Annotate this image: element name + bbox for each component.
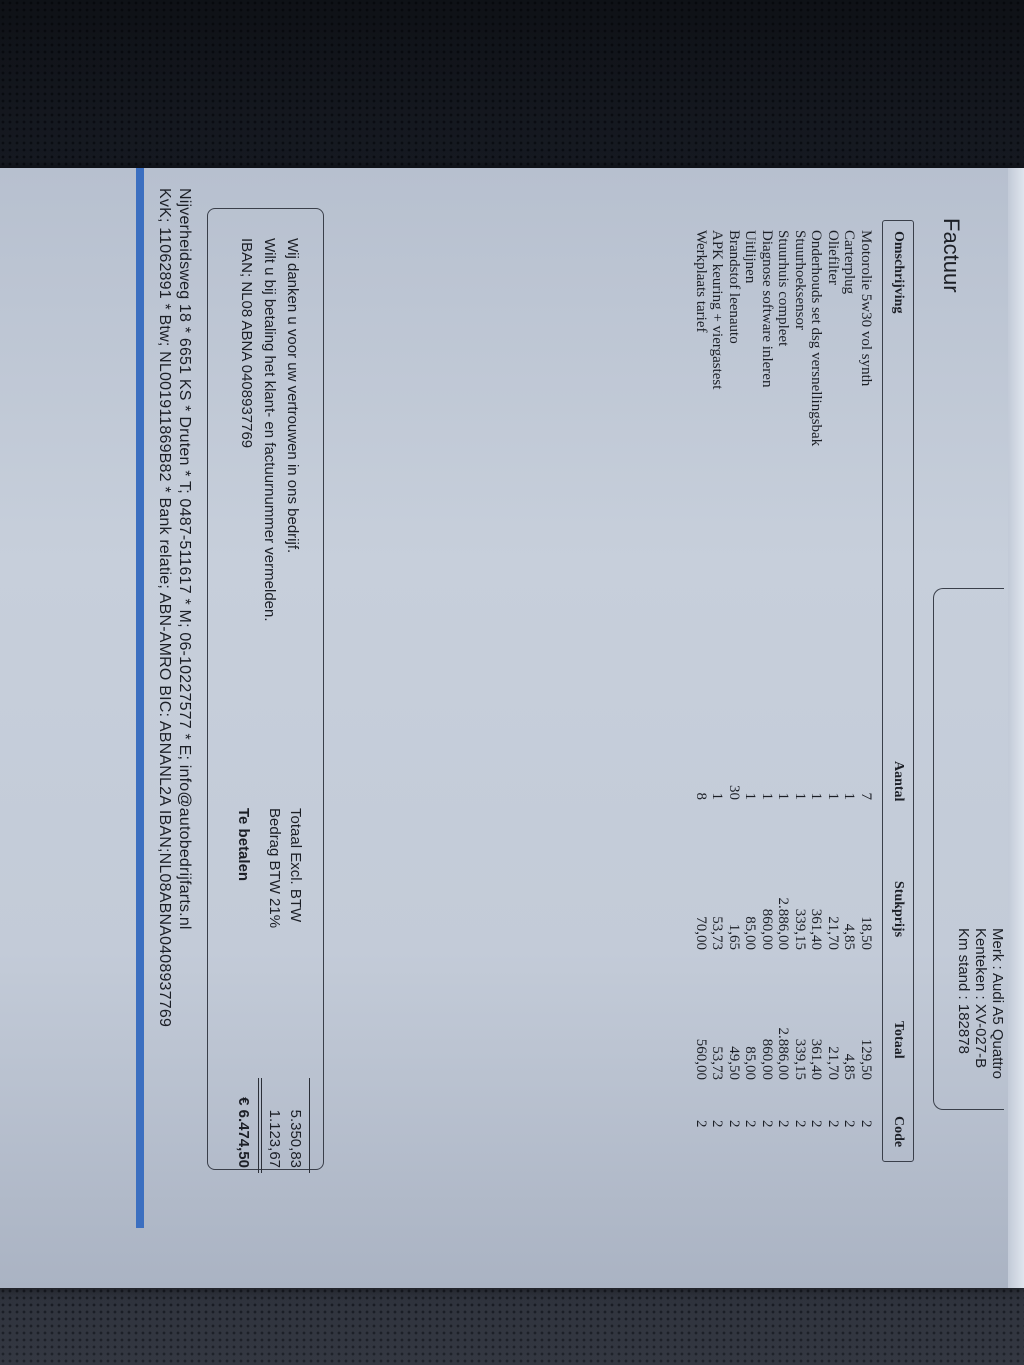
item-quantity: 1: [808, 750, 825, 800]
item-unit-price: 4,85: [841, 840, 858, 950]
header-unit-price: Stukprijs: [890, 881, 906, 937]
item-description: Motorolie 5w30 vol synth: [857, 230, 874, 386]
invoice-title: Factuur: [938, 218, 964, 293]
item-code: 2: [808, 1120, 825, 1128]
vat-label: Bedrag BTW 21%: [264, 808, 285, 928]
item-code: 2: [725, 1120, 742, 1128]
payment-note: Wilt u bij betaling het klant- en factuu…: [258, 238, 281, 622]
header-description: Omschrijving: [890, 231, 906, 313]
header-code: Code: [890, 1116, 906, 1147]
thanks-text: Wij danken u voor uw vertrouwen in ons b…: [281, 238, 304, 622]
table-header: Omschrijving Aantal Stukprijs Totaal Cod…: [882, 220, 914, 1162]
item-quantity: 1: [709, 750, 726, 800]
table-row: Onderhouds set dsg versnellingsbak1361,4…: [808, 220, 825, 1160]
item-quantity: 8: [692, 750, 709, 800]
item-quantity: 1: [841, 750, 858, 800]
item-code: 2: [775, 1120, 792, 1128]
item-total: 49,50: [725, 960, 742, 1080]
table-row: Stuurhuis compleet12.886,002.886,002: [775, 220, 792, 1160]
divider: [258, 1078, 259, 1173]
item-total: 53,73: [709, 960, 726, 1080]
item-description: Werkplaats tarief: [692, 230, 709, 333]
item-description: Stuurhoeksensor: [791, 230, 808, 330]
item-description: Oliefilter: [824, 230, 841, 285]
item-code: 2: [692, 1120, 709, 1128]
item-code: 2: [841, 1120, 858, 1128]
item-quantity: 1: [775, 750, 792, 800]
amount-due-value: € 6.474,50: [233, 1058, 254, 1168]
header-quantity: Aantal: [890, 761, 906, 801]
line-items: Motorolie 5w30 vol synth718,50129,502Car…: [693, 220, 875, 1160]
table-row: Motorolie 5w30 vol synth718,50129,502: [858, 220, 875, 1160]
header-total: Totaal: [890, 1021, 906, 1059]
table-row: Uitlijnen185,0085,002: [742, 220, 759, 1160]
accent-bar: [136, 168, 144, 1228]
table-row: Brandstof leenauto301,6549,502: [726, 220, 743, 1160]
item-total: 560,00: [692, 960, 709, 1080]
item-unit-price: 18,50: [857, 840, 874, 950]
vehicle-make: Merk : Audi A5 Quattro: [989, 928, 1006, 1079]
item-code: 2: [758, 1120, 775, 1128]
item-code: 2: [791, 1120, 808, 1128]
item-description: Onderhouds set dsg versnellingsbak: [808, 230, 825, 446]
vehicle-plate: Kenteken : XV-027-B: [972, 928, 989, 1079]
item-description: Diagnose software inleren: [758, 230, 775, 387]
item-description: Carterplug: [841, 230, 858, 294]
item-description: Brandstof leenauto: [725, 230, 742, 344]
item-unit-price: 2.886,00: [775, 840, 792, 950]
item-quantity: 1: [758, 750, 775, 800]
footer-address-line: Nijverheidsweg 18 * 6651 KS * Druten * T…: [174, 188, 194, 1027]
item-unit-price: 361,40: [808, 840, 825, 950]
item-total: 129,50: [857, 960, 874, 1080]
item-description: Stuurhuis compleet: [775, 230, 792, 346]
item-unit-price: 860,00: [758, 840, 775, 950]
invoice-paper: Merk : Audi A5 Quattro Kenteken : XV-027…: [0, 168, 1024, 1288]
table-row: Diagnose software inleren1860,00860,002: [759, 220, 776, 1160]
item-total: 361,40: [808, 960, 825, 1080]
table-row: Stuurhoeksensor1339,15339,152: [792, 220, 809, 1160]
item-code: 2: [857, 1120, 874, 1128]
amount-due-label: Te betalen: [233, 808, 254, 881]
table-row: APK keuring + viergastest153,7353,732: [709, 220, 726, 1160]
item-unit-price: 85,00: [742, 840, 759, 950]
item-unit-price: 21,70: [824, 840, 841, 950]
item-quantity: 30: [725, 750, 742, 800]
item-unit-price: 339,15: [791, 840, 808, 950]
table-row: Werkplaats tarief870,00560,002: [693, 220, 710, 1160]
vat-value: 1.123,67: [264, 1058, 285, 1168]
item-unit-price: 70,00: [692, 840, 709, 950]
divider: [309, 1078, 310, 1173]
item-quantity: 1: [824, 750, 841, 800]
table-row: Carterplug14,854,852: [841, 220, 858, 1160]
item-quantity: 7: [857, 750, 874, 800]
item-code: 2: [709, 1120, 726, 1128]
item-total: 85,00: [742, 960, 759, 1080]
thanks-block: Wij danken u voor uw vertrouwen in ons b…: [235, 238, 304, 622]
vehicle-mileage: Km stand : 182878: [955, 928, 972, 1079]
item-description: APK keuring + viergastest: [709, 230, 726, 389]
company-footer: Nijverheidsweg 18 * 6651 KS * Druten * T…: [154, 188, 194, 1027]
item-quantity: 1: [791, 750, 808, 800]
item-total: 339,15: [791, 960, 808, 1080]
subtotal-value: 5.350,83: [285, 1058, 306, 1168]
footer-registration-line: KvK; 11062891 * Btw; NL001911869B82 * Ba…: [154, 188, 174, 1027]
item-unit-price: 53,73: [709, 840, 726, 950]
item-total: 860,00: [758, 960, 775, 1080]
subtotal-label: Totaal Excl. BTW: [285, 808, 306, 922]
vehicle-info: Merk : Audi A5 Quattro Kenteken : XV-027…: [955, 928, 1006, 1079]
divider: [261, 1078, 262, 1173]
iban-text: IBAN; NL08 ABNA 0408937769: [235, 238, 258, 622]
item-unit-price: 1,65: [725, 840, 742, 950]
table-row: Oliefilter121,7021,702: [825, 220, 842, 1160]
item-quantity: 1: [742, 750, 759, 800]
item-code: 2: [824, 1120, 841, 1128]
item-total: 21,70: [824, 960, 841, 1080]
item-total: 2.886,00: [775, 960, 792, 1080]
item-code: 2: [742, 1120, 759, 1128]
item-description: Uitlijnen: [742, 230, 759, 283]
item-total: 4,85: [841, 960, 858, 1080]
